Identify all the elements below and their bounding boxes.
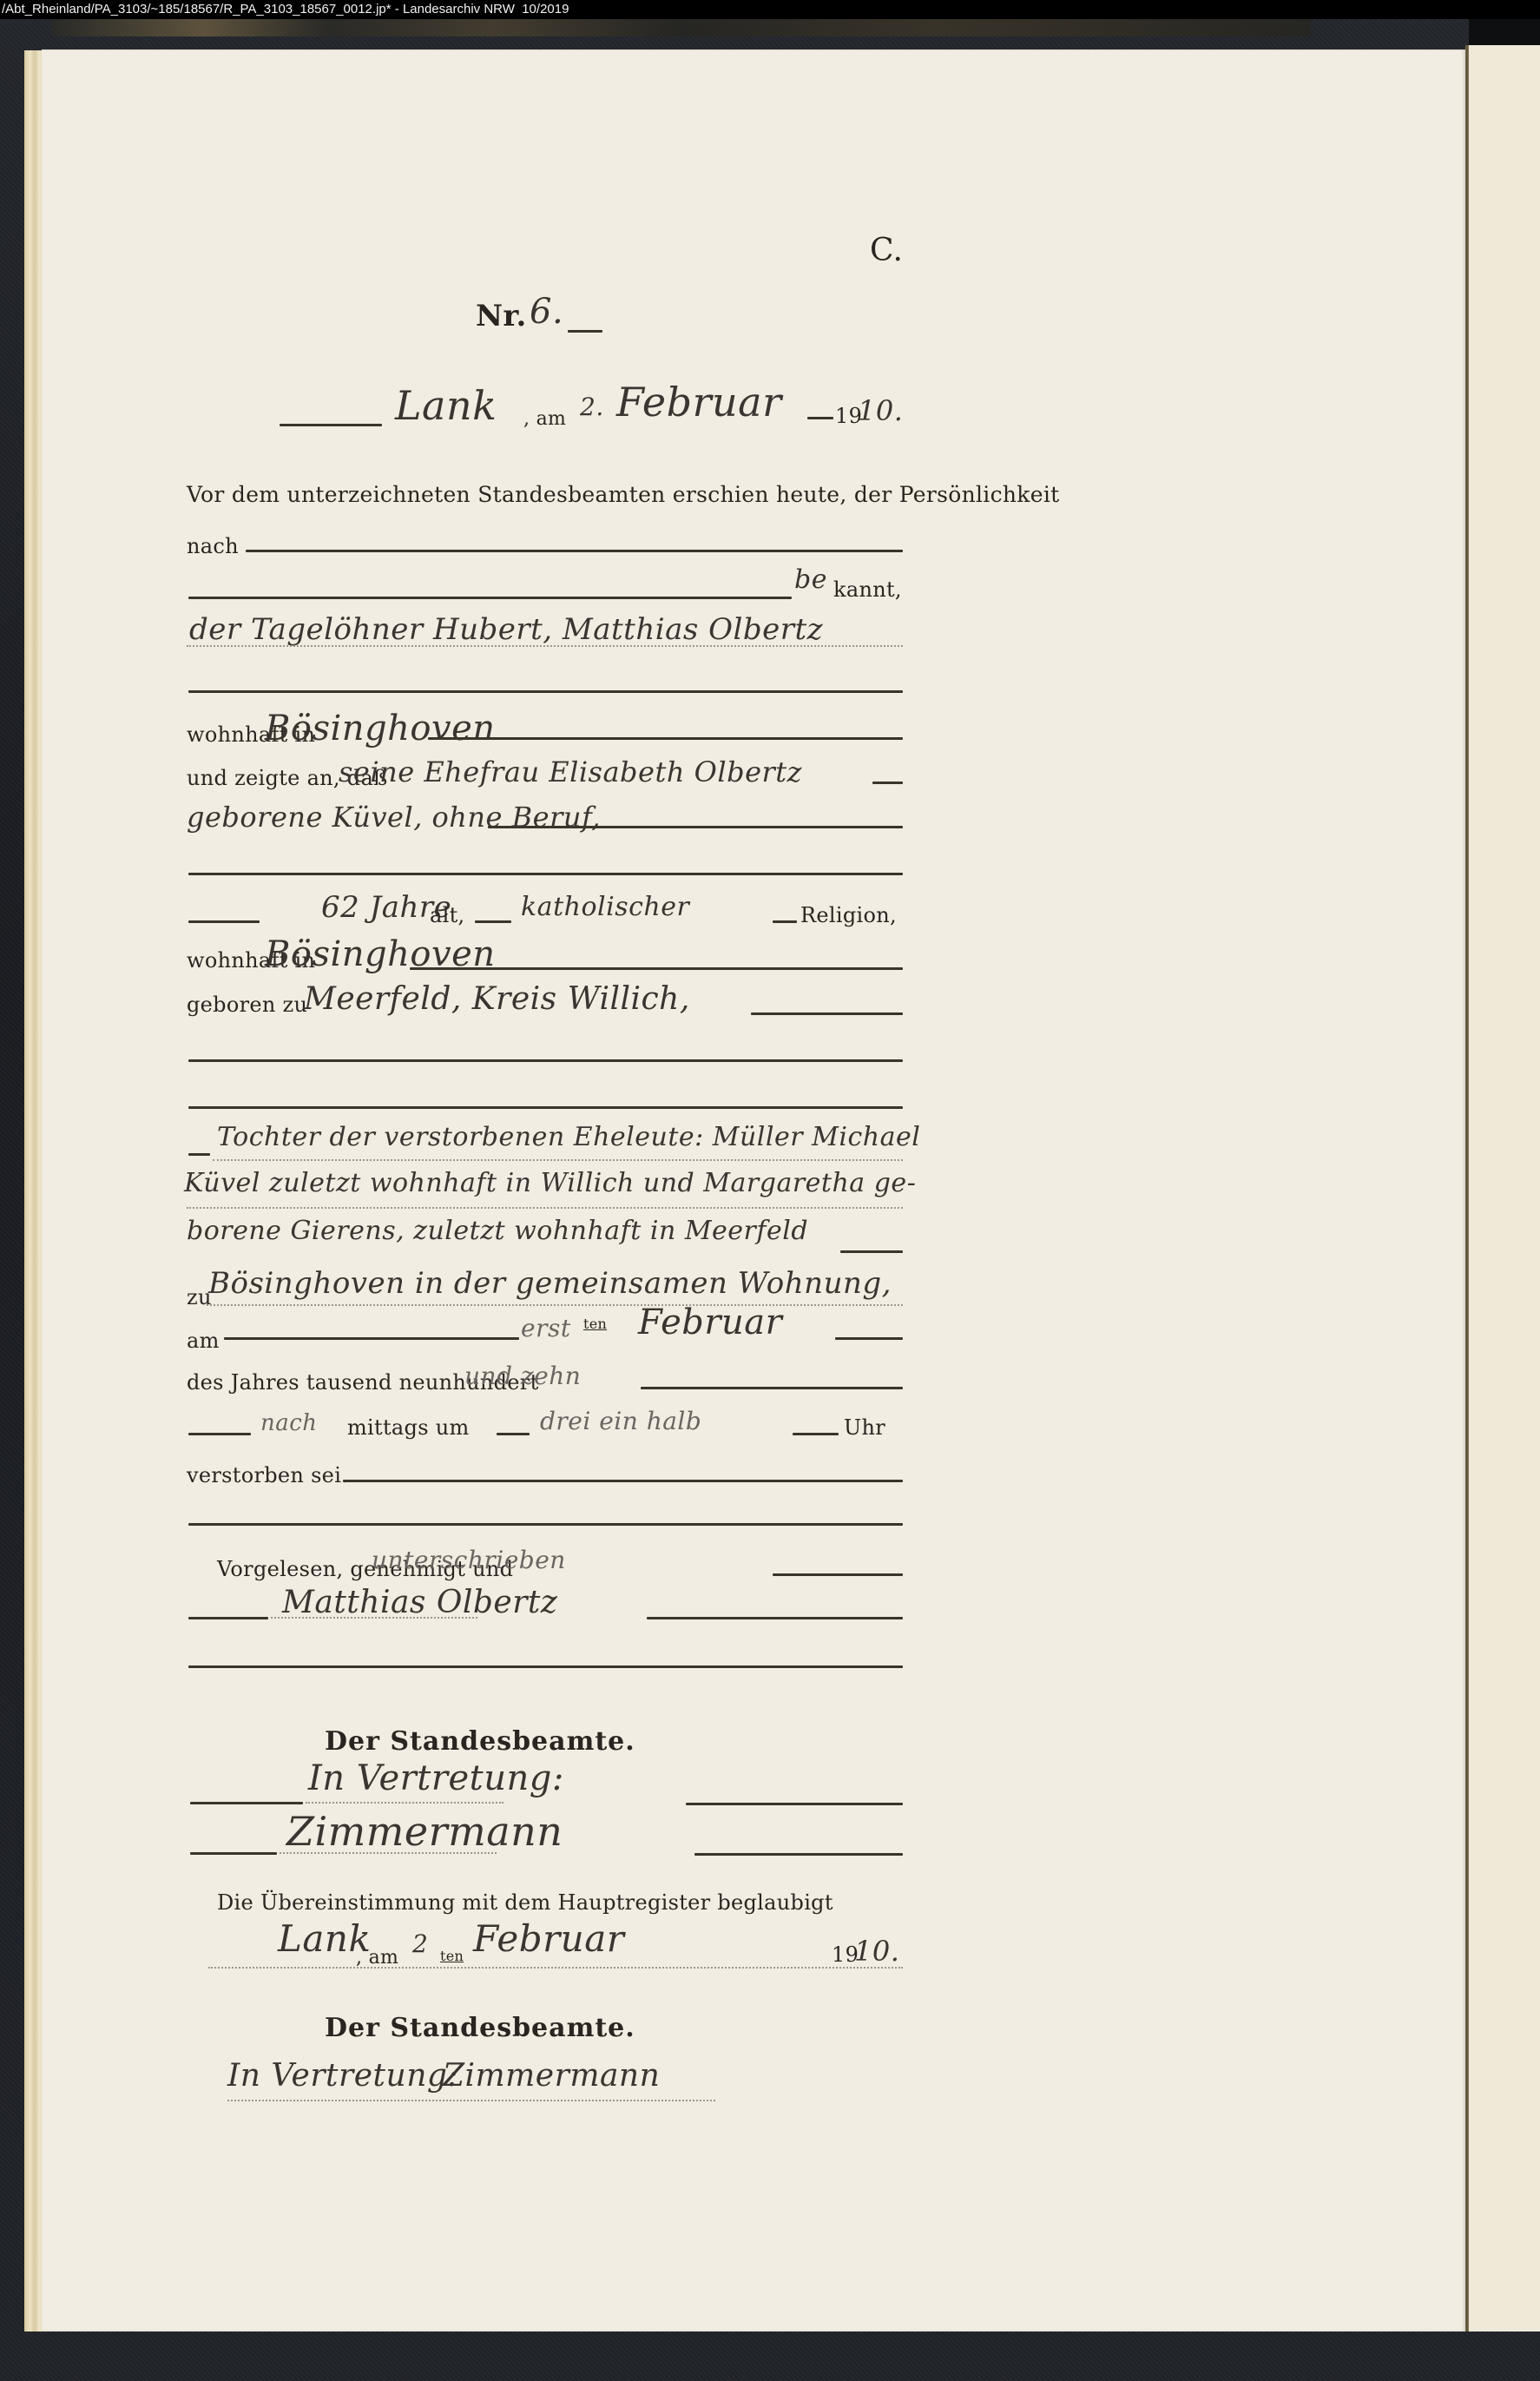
header-month: Februar <box>616 379 782 425</box>
rule <box>835 1337 903 1340</box>
page-edge-stack <box>24 50 43 2332</box>
cert-day: 2 <box>412 1929 428 1958</box>
header-place: Lank <box>395 382 497 429</box>
in-vertretung-1: In Vertretung: <box>308 1758 564 1798</box>
in-vertretung-2: In Vertretung: <box>227 2058 458 2094</box>
dotted-rule <box>227 2100 715 2101</box>
title-separator: - <box>392 2 403 16</box>
page-gutter <box>1465 45 1469 2332</box>
rule <box>647 1617 903 1619</box>
cert-am-label: , am <box>356 1947 398 1969</box>
rule <box>343 1480 903 1482</box>
rule <box>428 737 903 740</box>
am-label: am <box>187 1329 220 1353</box>
intro-line: Vor dem unterzeichneten Standesbeamten e… <box>187 482 1059 507</box>
death-month: Februar <box>638 1303 782 1342</box>
dotted-rule <box>208 1967 903 1969</box>
rule <box>410 967 903 970</box>
parents-line-1: Tochter der verstorbenen Eheleute: Mülle… <box>217 1122 920 1152</box>
dotted-rule <box>271 1617 477 1619</box>
header-day: 2. <box>580 392 604 421</box>
dotted-rule <box>306 1802 503 1804</box>
rule <box>188 1617 268 1619</box>
number-label: Nr. <box>476 299 527 333</box>
binding-marbling <box>52 19 1311 36</box>
rule <box>694 1853 903 1856</box>
uhr-label: Uhr <box>844 1415 885 1440</box>
nach-label: nach <box>187 534 239 558</box>
rule <box>188 1523 903 1526</box>
file-path: /Abt_Rheinland/PA_3103/~185/18567/R_PA_3… <box>2 2 392 16</box>
rule <box>840 1250 903 1253</box>
next-page-edge <box>1469 45 1540 2332</box>
official-signature-2: Zimmermann <box>443 2058 660 2094</box>
dotted-rule <box>207 1304 903 1306</box>
cert-year-suffix: 10. <box>854 1935 899 1968</box>
deceased-maiden-name: geborene Küvel, ohne Beruf, <box>187 801 601 834</box>
deceased-religion: katholischer <box>521 892 689 922</box>
form-letter: C. <box>870 233 903 268</box>
cert-month: Februar <box>473 1917 624 1960</box>
dotted-rule <box>280 1852 497 1854</box>
rule <box>246 550 903 552</box>
record-number: 6. <box>530 292 563 332</box>
mittags-label: mittags um <box>347 1415 470 1440</box>
rule <box>224 1337 519 1340</box>
parents-line-2: Küvel zuletzt wohnhaft in Willich und Ma… <box>184 1168 916 1198</box>
geboren-label: geboren zu <box>187 993 307 1017</box>
rule <box>190 1852 277 1855</box>
rule <box>188 873 903 875</box>
bekannt-hand: be <box>794 564 827 595</box>
alt-label: alt, <box>430 903 464 927</box>
informant-signature: Matthias Olbertz <box>282 1585 557 1620</box>
viewer-title-bar: /Abt_Rheinland/PA_3103/~185/18567/R_PA_3… <box>0 0 1540 19</box>
cert-ten-label: ten <box>440 1948 464 1964</box>
bekannt-label: kannt, <box>833 577 902 602</box>
dotted-rule <box>187 1207 903 1209</box>
year-words-value: und zehn <box>464 1362 581 1390</box>
rule <box>190 1802 303 1804</box>
official-heading-2: Der Standesbeamte. <box>325 2013 635 2043</box>
official-signature-1: Zimmermann <box>286 1808 563 1855</box>
time-of-death: drei ein halb <box>540 1407 701 1435</box>
deceased-birthplace: Meerfeld, Kreis Willich, <box>304 981 690 1017</box>
informant-name: der Tagelöhner Hubert, Matthias Olbertz <box>189 612 823 647</box>
time-prefix: nach <box>260 1410 318 1436</box>
religion-label: Religion, <box>800 903 897 927</box>
rule <box>488 826 903 828</box>
rule <box>641 1387 903 1389</box>
rule <box>475 920 511 923</box>
dotted-rule <box>213 1159 903 1161</box>
rule <box>188 920 260 923</box>
rule <box>188 1433 251 1435</box>
rule <box>872 782 903 784</box>
parents-line-3: borene Gierens, zuletzt wohnhaft in Meer… <box>187 1216 808 1246</box>
deceased-name: seine Ehefrau Elisabeth Olbertz <box>339 755 802 788</box>
death-day: erst <box>521 1314 571 1342</box>
rule <box>188 690 903 693</box>
archive-label: Landesarchiv NRW 10/2019 <box>403 2 569 16</box>
next-page-shadow <box>1469 19 1540 49</box>
rule <box>188 1059 903 1062</box>
ten-label: ten <box>583 1316 607 1332</box>
rule <box>497 1433 530 1435</box>
rule <box>751 1012 903 1015</box>
official-heading-1: Der Standesbeamte. <box>325 1726 635 1757</box>
header-am-label: , am <box>523 408 566 430</box>
rule <box>188 1106 903 1109</box>
rule <box>686 1803 903 1805</box>
header-year-suffix: 10. <box>858 394 903 427</box>
rule <box>568 330 602 333</box>
rule <box>188 597 792 599</box>
rule <box>188 1665 903 1668</box>
place-of-death: Bösinghoven in der gemeinsamen Wohnung, <box>208 1266 892 1301</box>
vorgelesen-value: unterschrieben <box>372 1546 566 1574</box>
rule <box>773 1573 903 1576</box>
rule <box>807 417 833 419</box>
rule <box>280 424 382 426</box>
verstorben-label: verstorben sei. <box>187 1463 348 1487</box>
informant-residence: Bösinghoven <box>265 709 496 749</box>
rule <box>773 920 797 923</box>
dotted-rule <box>187 645 903 647</box>
certification-line: Die Übereinstimmung mit dem Hauptregiste… <box>217 1890 833 1915</box>
rule <box>793 1433 839 1435</box>
rule <box>188 1153 210 1156</box>
